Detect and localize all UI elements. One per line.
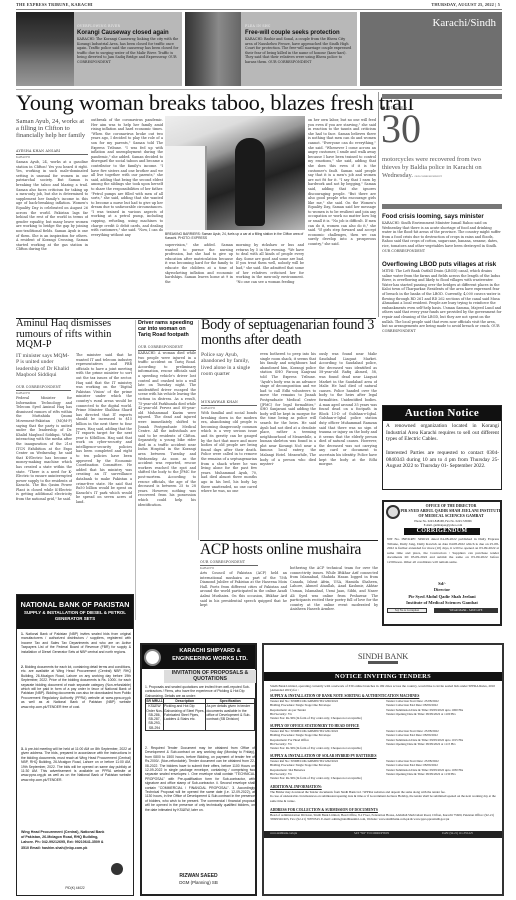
section-banner: Karachi/Sindh [360, 12, 502, 86]
body-col1: With familial and social bonds breaking … [201, 411, 257, 536]
sb-sec1-heading: SUPPLY & INSTALLATION OF BANK NOTE SORTI… [270, 694, 419, 698]
busted-number: 30 [381, 108, 421, 150]
lead-place: KARACHI [16, 155, 30, 159]
lead-col4: morning by rickshaw or bus and returns b… [236, 243, 304, 312]
kse-title1: KARACHI SHIPYARD & [164, 648, 256, 654]
brief-body-lbod: MITHI: The Left Bank Outfall Drain (LBOD… [382, 269, 502, 383]
auction-title: Auction Notice [383, 406, 501, 421]
corr-sig2: Institute of Medical Sciences Gambat [384, 600, 500, 605]
kse-logo-icon [144, 649, 161, 666]
kse-ad[interactable]: KARACHI SHIPYARD & ENGINEERING WORKS LTD… [140, 643, 257, 896]
sb-footer-left[interactable]: www.sindhbank.com.pk [270, 832, 297, 835]
auction-body2: Interested Parties are requested to cont… [386, 450, 499, 470]
masthead-right: THURSDAY, AUGUST 25, 2022 | 5 [431, 2, 500, 7]
aminul-col1: Federal Minister for Information Technol… [16, 396, 72, 580]
corr-tag-mask: WEAR MASK - SAVE LIFE [434, 608, 498, 613]
corr-sig1: Pir Syed Abdul Qadir Shah Jeelani [384, 594, 500, 599]
kse-signatory: RIZWAN SAEED [142, 873, 255, 879]
masthead-left: THE EXPRESS TRIBUNE, KARACHI [16, 2, 93, 7]
acp-headline[interactable]: ACP hosts online mushaira [200, 542, 378, 558]
sindhbank-title: NOTICE INVITING TENDERS [264, 672, 502, 681]
teaser-couple[interactable]: PLEA IN SHC Free-will couple seeks prote… [185, 12, 357, 86]
sb-address-heading: ADDRESS FOR COLLECTION & SUBMISSION OF D… [270, 808, 378, 812]
lead-col5: on her own labor, but no one will feed y… [308, 118, 376, 312]
sindhbank-intro: Sindh Bank Limited, operating currently … [270, 684, 496, 693]
body-col2: even bothered to peep into his single ro… [260, 352, 316, 536]
sb-footer-right: UAN: (92-21) 111-333-225 [442, 832, 473, 835]
sb-item: Tender Fee: Rs.309 (In form of Pay order… [270, 716, 380, 720]
auction-notice[interactable]: Auction Notice A renowned organization l… [382, 405, 502, 490]
kse-body: 2. Required Tender Document may be obtai… [145, 746, 255, 868]
sb-item: Tender Opening Date & Time: 09/09/2022 a… [386, 742, 500, 746]
brief-bar [382, 204, 502, 209]
body-place: KARACHI [201, 406, 215, 410]
sb-item: In case of undesirable circumstances on … [270, 794, 498, 803]
corr-tag-corruption: Say No to Corruption [387, 608, 427, 613]
nbp-subtitle: SUPPLY & INSTALLATION OF DIESEL & PETROL… [23, 610, 127, 622]
body-col3: ously was found near Malir Saudabad Liaq… [319, 352, 377, 536]
sb-footer-mid: SAY "NO" TO CORRUPTION [354, 832, 389, 835]
lead-col3: supervision," she added. Saman wanted to… [165, 243, 233, 312]
body-headline[interactable]: Body of septuagenarian found 3 months af… [201, 318, 377, 348]
sindhbank-logo: SINDH BANK [264, 651, 502, 661]
lead-headline[interactable]: Young woman breaks taboo, blazes fresh t… [16, 90, 376, 116]
teaser-photo-causeway [16, 12, 74, 86]
driver-body: KARACHI: A woman died while two people w… [138, 351, 196, 619]
sb-sec1-left: Tender Ref No: SNDB/COK/ADMIN/TD/1260/20… [270, 699, 380, 720]
brief-body-food: KARACHI: Sindh Environment Minister Isma… [382, 221, 502, 259]
lead-caption: BREAKING BARRIERS: Saman Ayub, 24, fuels… [165, 232, 305, 241]
kse-th-sr: SR MRU-1 [146, 699, 164, 704]
sb-additional: The Bidder may download the Tender docum… [270, 790, 498, 803]
kse-td-sr: KS&EW Order Nos. SB-286, SB-287, SB-293,… [146, 704, 164, 731]
teaser-body: KARACHI: The Korangi Causeway, linking t… [77, 37, 179, 73]
lead-photo [165, 116, 305, 230]
sb-item: Tender Fee: Rs.309 (In form of Pay order… [270, 746, 380, 750]
acp-place: KARACHI [200, 566, 214, 570]
lead-col1: Saman Ayub, 24, works at a gasoline stat… [16, 160, 88, 312]
acp-col2: bothering the ACP technical team for ove… [290, 566, 378, 619]
aminul-deck: IT minister says MQM-P is united under l… [16, 353, 71, 379]
sb-item: Tender Opening Date & Time: 09/09/2022 a… [386, 772, 500, 776]
sb-sec2-left: Tender Ref No: SNDB/COK/ADMIN/TD/1261/20… [270, 729, 380, 750]
aminul-rule [135, 320, 136, 620]
sb-address: Head of Administration Division, Sindh B… [270, 813, 498, 822]
nbp-item1-text: National Bank of Pakistan (NBP) invites … [21, 632, 131, 654]
brief-headline-food[interactable]: Food crisis looming, says minister [382, 213, 504, 220]
photo-car [165, 146, 207, 230]
corr-title: CORRIGENDUM [404, 528, 480, 535]
driver-rule [198, 320, 199, 540]
sb-item: Tender Fee: Rs.309 (In form of Pay order… [270, 776, 380, 780]
teaser-body: KARACHI: Bashir and Sonal, a couple from… [245, 37, 353, 73]
photo-figure [235, 138, 265, 226]
sb-sec3-left: Tender Ref No: SNDB/COK/ADMIN/TD/1262/20… [270, 759, 380, 780]
nbp-item2-text: Bidding documents for each lot, containi… [21, 665, 131, 709]
kse-table: SR MRU-1 Description Specification KS&EW… [145, 698, 255, 731]
sindhbank-urdu-logo [368, 661, 398, 664]
teaser-body-wrap: OVERFLOWING RIVER Korangi Causeway close… [77, 24, 179, 73]
nbp-item3: 3. A pre-bid meeting will be held at 11:… [21, 747, 131, 819]
corr-sd: Sd/- [384, 581, 500, 586]
sb-additional-heading: ADDITIONAL INFORMATION: [270, 785, 322, 789]
pakistan-emblem-icon [111, 863, 123, 875]
teaser-kicker: PLEA IN SHC [245, 24, 353, 28]
kse-td-desc: Pickling and Hot Dip Galvanizing of Stee… [164, 704, 206, 731]
nbp-ad[interactable]: NATIONAL BANK OF PAKISTAN SUPPLY & INSTA… [16, 594, 134, 896]
sb-sec1-right: Tender Collection Start Date: 25/08/2022… [386, 699, 500, 716]
lead-right-rule [378, 92, 379, 317]
corr-signatory: Director [384, 587, 500, 592]
nbp-item1: 1. National Bank of Pakistan (NBP) invit… [21, 632, 131, 662]
kse-td-spec: As per details given in tender documents… [206, 704, 255, 731]
sb-sec2-right: Tender Collection Start Date: 25/08/2022… [386, 729, 500, 746]
driver-headline[interactable]: Driver rams speeding car into woman on T… [138, 320, 196, 338]
aminul-place: KARACHI [16, 391, 30, 395]
corr-body: NIT No. INP/KRY: 3290/22 dated 04-08-202… [387, 537, 499, 579]
teaser-headline[interactable]: Korangi Causeway closed again [77, 30, 179, 37]
corrigendum-notice[interactable]: OFFICE OF THE DIRECTOR PIR SYED ABDUL QA… [382, 500, 502, 626]
nbp-pid: PID(K) 44022 [55, 886, 95, 890]
busted-text: motorcycles were recovered from two thie… [382, 156, 500, 180]
brief-headline-lbod[interactable]: Overflowing LBOD puts villages at risk [382, 261, 504, 268]
teaser-photo-couple [185, 12, 241, 86]
masthead-rule [16, 9, 502, 10]
section-title: Karachi/Sindh [432, 17, 496, 29]
sindhbank-ad[interactable]: SINDH BANK NOTICE INVITING TENDERS Sindh… [262, 643, 504, 896]
sb-sec3-heading: SUPPLY & INSTALLATION OF SOLAR HYBRID PV… [270, 754, 376, 758]
aminul-headline[interactable]: Aminul Haq dismisses rumours of rifts wi… [16, 319, 134, 351]
corr-email: E-mail. gambatpes@yahoo.com [386, 523, 500, 527]
sb-sec3-right: Tender Collection Start Date: 25/08/2022… [386, 759, 500, 776]
auction-body1: A renowned organization located in Koran… [386, 423, 499, 443]
teaser-headline[interactable]: Free-will couple seeks protection [245, 30, 353, 37]
lead-col2: outbreak of the coronavirus pandemic. He… [91, 118, 163, 312]
kse-designation: DGM (Planning) SB [142, 880, 255, 885]
acp-col1: Arts Council of Pakistan (ACP) held an i… [200, 571, 287, 619]
teaser-body-wrap: PLEA IN SHC Free-will couple seeks prote… [245, 24, 353, 73]
teaser-kicker: OVERFLOWING RIVER [77, 24, 179, 28]
corr-institute: PIR SYED ABDUL QADIR SHAH JEELANI INSTIT… [400, 509, 502, 518]
sb-item: Tender Opening Date & Time: 09/09/2022 a… [386, 712, 500, 716]
nbp-title: NATIONAL BANK OF PAKISTAN [17, 600, 133, 609]
kse-subtitle: INVITATION OF PROPOSALS & QUOTATIONS [164, 670, 256, 683]
teaser-korangi[interactable]: OVERFLOWING RIVER Korangi Causeway close… [16, 12, 182, 86]
busted-credit: OUR CORRESPONDENT [415, 175, 442, 178]
aminul-col2: The minister said that he wanted IT and … [76, 353, 132, 580]
sb-sec2-heading: SUPPLY OF OFFICE STATIONERY TO HEAD OFFI… [270, 724, 359, 728]
lead-deck: Saman Ayub, 24, works at a filling in Cl… [16, 118, 88, 140]
nbp-item2: 2. Bidding documents for each lot, conta… [21, 665, 131, 743]
nbp-item3-text: A pre-bid meeting will be held at 11:00 … [21, 747, 131, 782]
kse-intro: 1. Proposals and sealed quotations are i… [145, 685, 255, 698]
body-deck: Police say Ayub, abandoned by family, li… [201, 352, 257, 378]
kse-title2: ENGINEERING WORKS LTD. [164, 656, 256, 662]
nbp-contact: Wing Head Procurement (Central), Nationa… [21, 830, 105, 880]
busted-bar [382, 94, 502, 99]
gambat-logo-icon [386, 505, 400, 519]
